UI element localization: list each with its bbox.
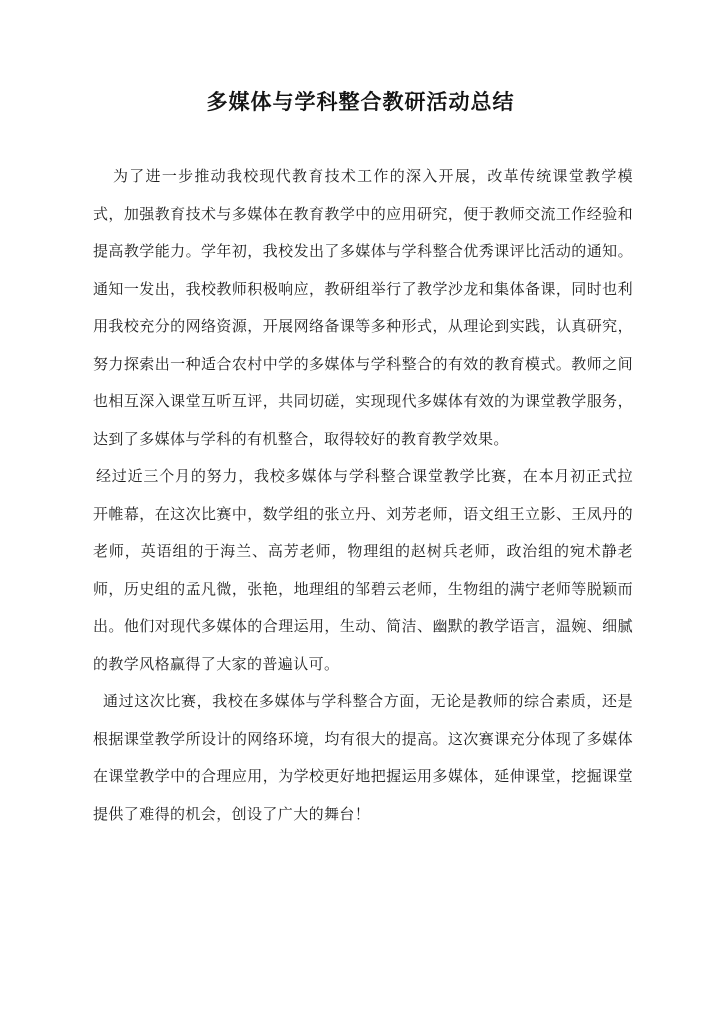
document-page: 多媒体与学科整合教研活动总结 为了进一步推动我校现代教育技术工作的深入开展，改革… [0,0,721,1020]
paragraph-1: 为了进一步推动我校现代教育技术工作的深入开展，改革传统课堂教学模式，加强教育技术… [93,159,633,459]
document-body: 为了进一步推动我校现代教育技术工作的深入开展，改革传统课堂教学模式，加强教育技术… [93,159,633,834]
paragraph-3: 通过这次比赛，我校在多媒体与学科整合方面，无论是教师的综合素质，还是根据课堂教学… [93,684,633,834]
paragraph-2: 经过近三个月的努力，我校多媒体与学科整合课堂教学比赛，在本月初正式拉开帷幕，在这… [93,459,633,684]
document-title: 多媒体与学科整合教研活动总结 [0,86,721,118]
